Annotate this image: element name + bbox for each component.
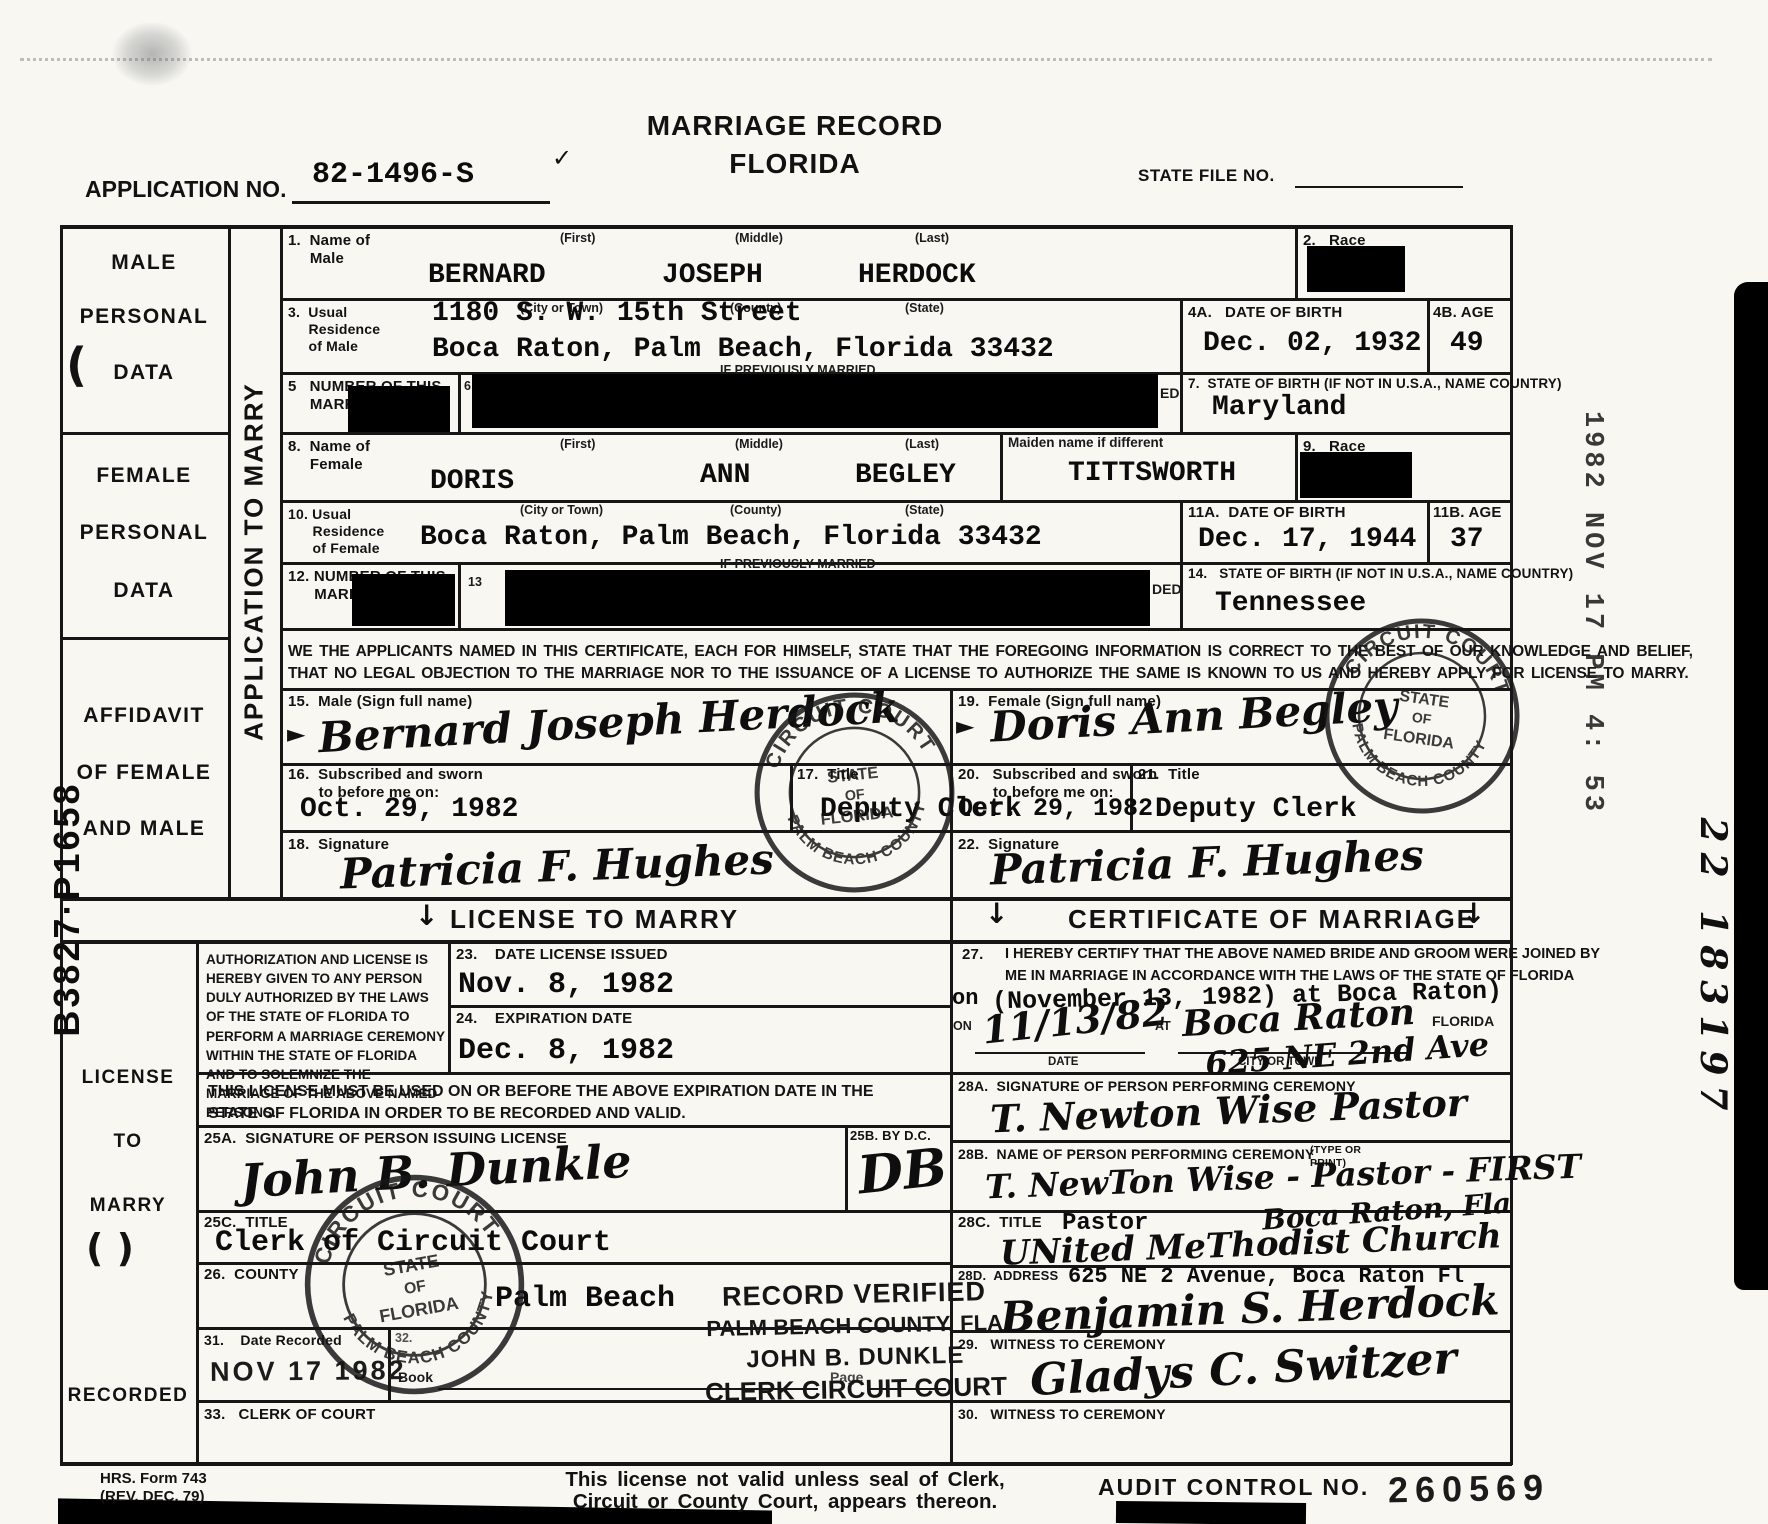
seal-mid1: STATE — [382, 1251, 441, 1280]
license-issued-date: Nov. 8, 1982 — [458, 970, 674, 1000]
field-1-label: 1. Name of Male — [288, 232, 370, 268]
line — [1295, 186, 1463, 188]
field-14-label: 14. STATE OF BIRTH (IF NOT IN U.S.A., NA… — [1188, 566, 1573, 582]
field-28d-label: 28D. ADDRESS — [958, 1268, 1058, 1284]
field-7-label: 7. STATE OF BIRTH (IF NOT IN U.S.A., NAM… — [1188, 376, 1562, 392]
female-middle-name: ANN — [700, 462, 750, 490]
male-address-line1: 1180 S. W. 15th Street — [432, 300, 802, 328]
state-file-label: STATE FILE NO. — [1138, 166, 1275, 186]
seal-mid3: FLORIDA — [1382, 726, 1455, 753]
side-label-male-2: PERSONAL — [60, 306, 228, 327]
field-27-number: 27. — [962, 946, 983, 964]
line — [292, 201, 550, 204]
hint-city-f: (City or Town) — [520, 504, 603, 518]
field-27-label-line1: I HEREBY CERTIFY THAT THE ABOVE NAMED BR… — [1005, 946, 1600, 962]
female-first-name: DORIS — [430, 468, 514, 496]
validity-notice-line2: Circuit or County Court, appears thereon… — [555, 1490, 1015, 1514]
punch-mark-2: ( ) — [86, 1226, 134, 1270]
record-verified-line4: CLERK CIRCUIT COURT — [691, 1370, 1022, 1409]
field-28c-label: 28C. TITLE — [958, 1214, 1042, 1232]
field-4a-label: 4A. DATE OF BIRTH — [1188, 304, 1342, 322]
field-10-label: 10. Usual Residence of Female — [288, 506, 384, 556]
redaction-box-6 — [472, 374, 1158, 428]
hint-state: (State) — [905, 302, 944, 316]
field-26-label: 26. COUNTY — [204, 1266, 299, 1284]
field-24-label: 24. EXPIRATION DATE — [456, 1010, 632, 1028]
circuit-court-seal-3: CIRCUIT COURT PALM BEACH COUNTY STATE OF… — [284, 1154, 545, 1415]
right-margin-handwritten-number: 22 183197 — [1692, 759, 1734, 1179]
on-label: ON — [953, 1020, 972, 1034]
field-13-fragment: DED — [1152, 582, 1182, 597]
left-margin-code: B3827·P1658 — [46, 699, 88, 1119]
field-20-date: Oct. 29, 1982 — [958, 796, 1153, 821]
ceremony-on-word: on — [952, 988, 978, 1010]
scan-black-bar-bottom-right — [1116, 1501, 1306, 1524]
seal-mid3: FLORIDA — [378, 1293, 460, 1327]
side-label-recorded: RECORDED — [60, 1386, 196, 1405]
seal-mid2: OF — [1411, 709, 1433, 728]
hint-county-f: (County) — [730, 504, 781, 518]
seal-mid3: FLORIDA — [820, 803, 894, 829]
field-4b-label: 4B. AGE — [1433, 304, 1494, 322]
svg-text:CIRCUIT COURT: CIRCUIT COURT — [755, 685, 942, 773]
male-birth-state: Maryland — [1212, 394, 1346, 422]
female-address: Boca Raton, Palm Beach, Florida 33432 — [420, 524, 1042, 552]
male-dob: Dec. 02, 1932 — [1203, 330, 1421, 358]
scan-smudge — [112, 22, 192, 86]
validity-notice-line1: This license not valid unless seal of Cl… — [555, 1468, 1015, 1492]
field-11a-label: 11A. DATE OF BIRTH — [1188, 504, 1346, 522]
female-maiden-name: TITTSWORTH — [1068, 460, 1236, 488]
seal-mid1: STATE — [826, 764, 879, 787]
down-arrow-icon: ↓ — [415, 902, 438, 930]
redaction-box-race-male — [1307, 246, 1405, 292]
banner-certificate-of-marriage: CERTIFICATE OF MARRIAGE — [1068, 906, 1476, 932]
field-8-label: 8. Name of Female — [288, 438, 370, 474]
down-arrow-icon-3: ↓ — [1462, 900, 1485, 928]
field-6-number: 6 — [464, 380, 471, 394]
license-expiration-date: Dec. 8, 1982 — [458, 1036, 674, 1066]
hint-last: (Last) — [915, 232, 949, 246]
seal-mid1: STATE — [1398, 688, 1450, 712]
female-dob: Dec. 17, 1944 — [1198, 526, 1416, 554]
checkmark-icon: ✓ — [552, 146, 572, 170]
redaction-box-13 — [505, 570, 1150, 626]
seal-top-text: CIRCUIT COURT — [755, 685, 942, 773]
side-label-female-3: DATA — [60, 580, 228, 601]
hint-first-f: (First) — [560, 438, 595, 452]
redaction-box-12 — [352, 574, 455, 626]
male-middle-name: JOSEPH — [662, 262, 763, 290]
line — [975, 1052, 1145, 1054]
at-label: AT — [1155, 1020, 1171, 1034]
audit-control-number: 260569 — [1388, 1467, 1551, 1512]
side-label-male-3: DATA — [60, 362, 228, 383]
dc-initials: DB — [856, 1141, 950, 1202]
vertical-strip-label: APPLICATION TO MARRY — [239, 250, 270, 874]
seal-mid2: OF — [844, 787, 866, 805]
side-label-female: FEMALE — [60, 465, 228, 486]
application-no-value: 82-1496-S — [312, 160, 474, 190]
hint-state-f: (State) — [905, 504, 944, 518]
circuit-court-seal-1: CIRCUIT COURT PALM BEACH COUNTY STATE OF… — [742, 680, 967, 905]
female-last-name: BEGLEY — [855, 462, 956, 490]
form-number: HRS. Form 743 — [100, 1470, 207, 1487]
hint-first: (First) — [560, 232, 595, 246]
deputy-clerk-signature-1: Patricia F. Hughes — [339, 838, 774, 895]
side-label-license-3: MARRY — [60, 1196, 196, 1215]
maiden-name-label: Maiden name if different — [1008, 436, 1163, 451]
deputy-clerk-signature-2: Patricia F. Hughes — [989, 834, 1424, 891]
sign-here-marker-2: ► — [956, 714, 974, 738]
side-label-male: MALE — [60, 252, 228, 273]
license-note-line2: STATE OF FLORIDA IN ORDER TO BE RECORDED… — [208, 1102, 686, 1125]
scan-dotted-line — [20, 58, 1712, 61]
male-age: 49 — [1450, 330, 1484, 358]
field-30-label: 30. WITNESS TO CEREMONY — [958, 1406, 1166, 1423]
page-title: MARRIAGE RECORD — [595, 110, 995, 142]
date-sublabel: DATE — [1048, 1056, 1078, 1069]
field-23-label: 23. DATE LICENSE ISSUED — [456, 946, 668, 964]
field-11b-label: 11B. AGE — [1433, 504, 1502, 522]
redaction-box-5 — [348, 386, 450, 432]
redaction-box-race-female — [1300, 452, 1412, 498]
seal-mid2: OF — [403, 1277, 428, 1298]
field-3-label: 3. Usual Residence of Male — [288, 304, 380, 354]
hint-middle: (Middle) — [735, 232, 783, 246]
down-arrow-icon-2: ↓ — [985, 900, 1008, 928]
right-margin-received-stamp: 1982 NOV 17 PM 4: 53 — [1577, 333, 1607, 893]
form-revision: (REV. DEC. 79) — [100, 1488, 204, 1505]
page-subtitle: FLORIDA — [595, 148, 995, 180]
sign-here-marker: ► — [287, 722, 305, 746]
license-note-line1: THIS LICENSE MUST BE USED ON OR BEFORE T… — [208, 1080, 874, 1103]
side-label-female-2: PERSONAL — [60, 522, 228, 543]
hint-last-f: (Last) — [905, 438, 939, 452]
male-first-name: BERNARD — [428, 262, 546, 290]
marriage-record-scan: MARRIAGE RECORD FLORIDA APPLICATION NO. … — [0, 0, 1768, 1524]
field-16-date: Oct. 29, 1982 — [300, 796, 518, 824]
scan-black-bar-right — [1734, 282, 1768, 1290]
male-address-line2: Boca Raton, Palm Beach, Florida 33432 — [432, 336, 1054, 364]
hint-middle-f: (Middle) — [735, 438, 783, 452]
application-no-label: APPLICATION NO. — [85, 176, 286, 203]
banner-license-to-marry: LICENSE TO MARRY — [450, 906, 739, 932]
field-6-fragment: ED — [1160, 386, 1179, 401]
audit-control-label: AUDIT CONTROL NO. — [1098, 1474, 1369, 1501]
circuit-court-seal-2: CIRCUIT COURT PALM BEACH COUNTY STATE OF… — [1309, 603, 1535, 829]
field-13-number: 13 — [468, 576, 482, 590]
field-21-label: 21. Title — [1138, 766, 1200, 784]
side-label-license-2: TO — [60, 1132, 196, 1151]
male-last-name: HERDOCK — [858, 262, 976, 290]
female-age: 37 — [1450, 526, 1484, 554]
